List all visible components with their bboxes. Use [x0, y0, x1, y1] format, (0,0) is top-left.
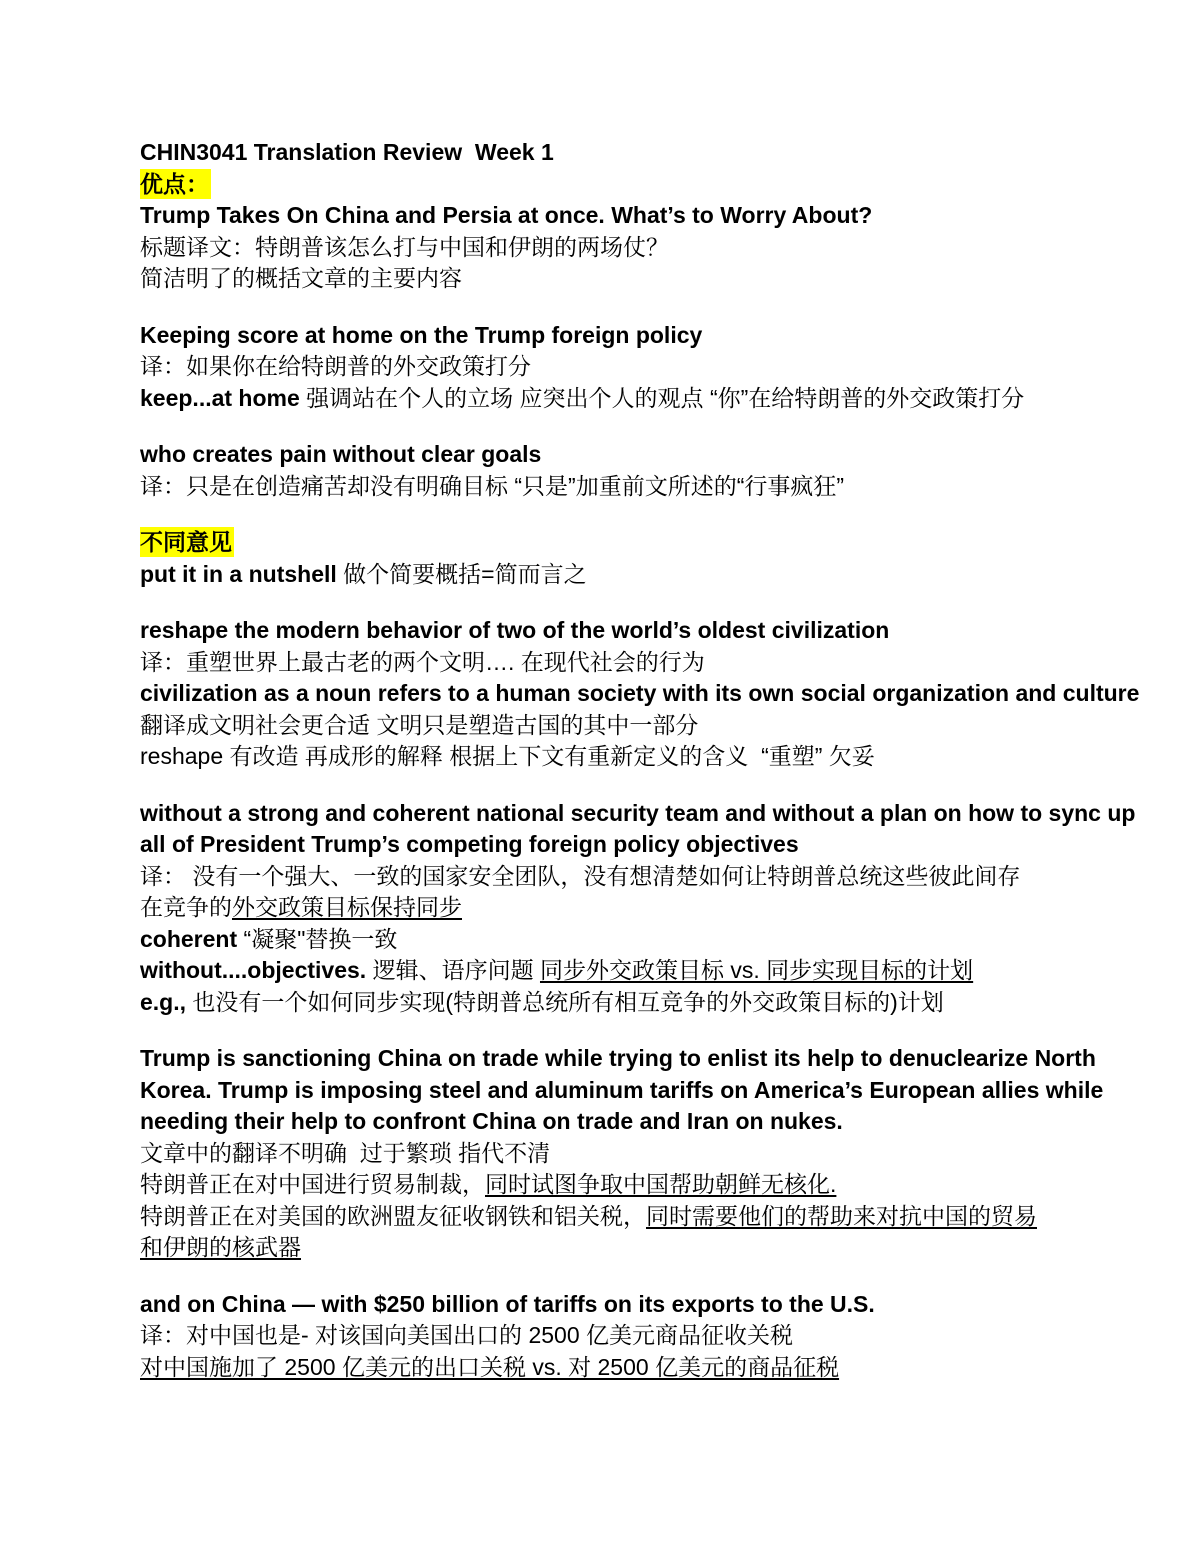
text-line: 特朗普正在对中国进行贸易制裁，同时试图争取中国帮助朝鲜无核化.: [140, 1169, 1150, 1201]
text-segment: reshape the modern behavior of two of th…: [140, 617, 889, 643]
text-line: all of President Trump’s competing forei…: [140, 829, 1150, 861]
text-line: who creates pain without clear goals: [140, 439, 1150, 471]
text-line: Korea. Trump is imposing steel and alumi…: [140, 1075, 1150, 1107]
text-segment: 逻辑、语序问题: [366, 957, 540, 983]
text-line: Keeping score at home on the Trump forei…: [140, 320, 1150, 352]
text-line: 和伊朗的核武器: [140, 1232, 1150, 1264]
without-a-strong-section: without a strong and coherent national s…: [140, 798, 1150, 1019]
keeping-score-section: Keeping score at home on the Trump forei…: [140, 320, 1150, 415]
text-line: and on China — with $250 billion of tari…: [140, 1289, 1150, 1321]
text-segment: 特朗普正在对中国进行贸易制裁，: [140, 1171, 485, 1197]
text-line: 标题译文：特朗普该怎么打与中国和伊朗的两场仗？: [140, 232, 1150, 264]
text-line: 译：只是在创造痛苦却没有明确目标 “只是”加重前文所述的“行事疯狂”: [140, 471, 1150, 503]
text-segment: 翻译成文明社会更合适 文明只是塑造古国的其中一部分: [140, 712, 698, 738]
text-line: civilization as a noun refers to a human…: [140, 678, 1150, 710]
text-segment: coherent: [140, 926, 237, 952]
text-line: 译： 没有一个强大、一致的国家安全团队，没有想清楚如何让特朗普总统这些彼此间存: [140, 861, 1150, 893]
text-line: 译：如果你在给特朗普的外交政策打分: [140, 351, 1150, 383]
text-segment: without a strong and coherent national s…: [140, 800, 1135, 826]
text-line: e.g., 也没有一个如何同步实现(特朗普总统所有相互竞争的外交政策目标的)计划: [140, 987, 1150, 1019]
text-segment: Trump Takes On China and Persia at once.…: [140, 202, 872, 228]
text-segment: 特朗普正在对美国的欧洲盟友征收钢铁和铝关税，: [140, 1203, 646, 1229]
document-body: CHIN3041 Translation Review Week 1优点：Tru…: [140, 137, 1150, 1408]
text-line: keep...at home 强调站在个人的立场 应突出个人的观点 “你”在给特…: [140, 383, 1150, 415]
text-segment: 译：只是在创造痛苦却没有明确目标 “只是”加重前文所述的“行事疯狂”: [140, 473, 844, 499]
text-line: needing their help to confront China on …: [140, 1106, 1150, 1138]
text-line: without a strong and coherent national s…: [140, 798, 1150, 830]
text-line: without....objectives. 逻辑、语序问题 同步外交政策目标 …: [140, 955, 1150, 987]
trump-sanctioning-section: Trump is sanctioning China on trade whil…: [140, 1043, 1150, 1264]
text-segment: 标题译文：特朗普该怎么打与中国和伊朗的两场仗？: [140, 234, 669, 260]
text-segment: 文章中的翻译不明确 过于繁琐 指代不清: [140, 1140, 550, 1166]
text-line: 优点：: [140, 169, 1150, 201]
text-segment: Korea. Trump is imposing steel and alumi…: [140, 1077, 1103, 1103]
text-segment: CHIN3041 Translation Review Week 1: [140, 139, 554, 165]
reshape-section: reshape the modern behavior of two of th…: [140, 615, 1150, 773]
text-segment: Keeping score at home on the Trump forei…: [140, 322, 702, 348]
text-line: 译：对中国也是- 对该国向美国出口的 2500 亿美元商品征收关税: [140, 1320, 1150, 1352]
text-segment: 同步外交政策目标 vs. 同步实现目标的计划: [540, 957, 973, 983]
disagreement-section: 不同意见put it in a nutshell 做个简要概括=简而言之: [140, 527, 1150, 590]
text-segment: 对中国施加了 2500 亿美元的出口关税 vs. 对 2500 亿美元的商品征税: [140, 1354, 839, 1380]
text-line: reshape 有改造 再成形的解释 根据上下文有重新定义的含义 “重塑” 欠妥: [140, 741, 1150, 773]
text-line: 特朗普正在对美国的欧洲盟友征收钢铁和铝关税，同时需要他们的帮助来对抗中国的贸易: [140, 1201, 1150, 1233]
and-on-china-section: and on China — with $250 billion of tari…: [140, 1289, 1150, 1384]
who-creates-pain-section: who creates pain without clear goals译：只是…: [140, 439, 1150, 502]
text-segment: all of President Trump’s competing forei…: [140, 831, 799, 857]
text-line: Trump Takes On China and Persia at once.…: [140, 200, 1150, 232]
text-line: reshape the modern behavior of two of th…: [140, 615, 1150, 647]
text-line: 译：重塑世界上最古老的两个文明…. 在现代社会的行为: [140, 647, 1150, 679]
text-line: CHIN3041 Translation Review Week 1: [140, 137, 1150, 169]
text-line: put it in a nutshell 做个简要概括=简而言之: [140, 559, 1150, 591]
text-segment: 译：重塑世界上最古老的两个文明…. 在现代社会的行为: [140, 649, 705, 675]
text-segment: 外交政策目标保持同步: [232, 894, 462, 920]
text-line: Trump is sanctioning China on trade whil…: [140, 1043, 1150, 1075]
header-section: CHIN3041 Translation Review Week 1优点：Tru…: [140, 137, 1150, 295]
text-segment: 强调站在个人的立场 应突出个人的观点 “你”在给特朗普的外交政策打分: [300, 385, 1025, 411]
text-segment: reshape 有改造 再成形的解释 根据上下文有重新定义的含义 “重塑” 欠妥: [140, 743, 875, 769]
text-segment: e.g.,: [140, 989, 186, 1015]
text-line: 在竞争的外交政策目标保持同步: [140, 892, 1150, 924]
text-segment: 译：如果你在给特朗普的外交政策打分: [140, 353, 531, 379]
text-segment: 译： 没有一个强大、一致的国家安全团队，没有想清楚如何让特朗普总统这些彼此间存: [140, 863, 1020, 889]
text-segment: needing their help to confront China on …: [140, 1108, 843, 1134]
text-line: 对中国施加了 2500 亿美元的出口关税 vs. 对 2500 亿美元的商品征税: [140, 1352, 1150, 1384]
text-segment: 和伊朗的核武器: [140, 1234, 301, 1260]
text-segment: 简洁明了的概括文章的主要内容: [140, 265, 462, 291]
text-segment: 译：对中国也是- 对该国向美国出口的 2500 亿美元商品征收关税: [140, 1322, 793, 1348]
text-segment: 在竞争的: [140, 894, 232, 920]
text-line: 不同意见: [140, 527, 1150, 559]
highlighted-heading: 不同意见: [140, 527, 234, 557]
text-segment: civilization as a noun refers to a human…: [140, 680, 1139, 706]
text-segment: who creates pain without clear goals: [140, 441, 541, 467]
text-line: coherent “凝聚"替换一致: [140, 924, 1150, 956]
text-segment: 同时需要他们的帮助来对抗中国的贸易: [646, 1203, 1037, 1229]
text-line: 翻译成文明社会更合适 文明只是塑造古国的其中一部分: [140, 710, 1150, 742]
highlighted-heading: 优点：: [140, 169, 211, 199]
text-segment: 也没有一个如何同步实现(特朗普总统所有相互竞争的外交政策目标的)计划: [186, 989, 944, 1015]
text-segment: without....objectives.: [140, 957, 366, 983]
text-segment: Trump is sanctioning China on trade whil…: [140, 1045, 1096, 1071]
text-segment: and on China — with $250 billion of tari…: [140, 1291, 875, 1317]
text-line: 简洁明了的概括文章的主要内容: [140, 263, 1150, 295]
text-segment: 做个简要概括=简而言之: [337, 561, 587, 587]
text-segment: keep...at home: [140, 385, 300, 411]
text-line: 文章中的翻译不明确 过于繁琐 指代不清: [140, 1138, 1150, 1170]
document-page: CHIN3041 Translation Review Week 1优点：Tru…: [0, 0, 1200, 1553]
text-segment: 同时试图争取中国帮助朝鲜无核化.: [485, 1171, 836, 1197]
text-segment: put it in a nutshell: [140, 561, 337, 587]
text-segment: “凝聚"替换一致: [237, 926, 397, 952]
